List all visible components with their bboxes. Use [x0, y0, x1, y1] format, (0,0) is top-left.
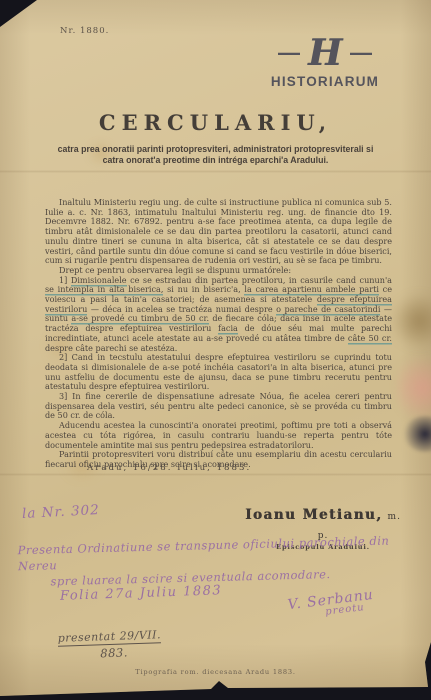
paper-stain — [403, 416, 431, 452]
body-text: Aducendu acestea la cunoscinti'a onorate… — [45, 420, 392, 449]
document-photo: Nr. 1880. — H — HISTORIARUM CERCULARIU, … — [0, 0, 431, 700]
body-paragraph: 3] In fine cererile de dispensatiune adr… — [45, 392, 392, 421]
pencil-underlined-text: la carea apartienu ambele parti — [244, 284, 379, 294]
body-text: si nu in biseric'a, — [163, 284, 244, 294]
fold-crease — [0, 473, 431, 476]
handwritten-note-line2: spre luarea la scire si eventuala acomod… — [50, 564, 416, 590]
pencil-underlined-text: se intempla in alta biserica, — [45, 284, 163, 294]
subtitle-line: catra onorat'a preotime din intréga epar… — [0, 155, 431, 166]
document-subtitle: catra prea onoratii parinti protopresvit… — [0, 144, 431, 165]
body-text: despre câte parechi se atestéza. — [45, 343, 177, 353]
document-title: CERCULARIU, — [0, 110, 431, 135]
presented-date-year: 883. — [100, 644, 162, 660]
body-text: 2] Cand in tecstulu atestatului despre e… — [45, 352, 392, 391]
blackletter-h-icon: H — [308, 34, 342, 72]
dash-ornament: — — [350, 43, 372, 63]
body-text: Inaltulu Ministeriu regiu ung. de culte … — [45, 197, 392, 265]
body-paragraph: Aducendu acestea la cunoscinti'a onorate… — [45, 421, 392, 450]
body-paragraph: 1] Dimisionalele ce se estradau din part… — [45, 276, 392, 354]
pencil-underlined-text: a-se provedé cu timbru de 50 cr. — [71, 313, 209, 323]
handwritten-reference-number: la Nr. 302 — [22, 502, 101, 522]
dateline: Aradu, 16/28. Iuliu, 1883. — [87, 463, 251, 473]
body-paragraph: 2] Cand in tecstulu atestatului despre e… — [45, 353, 392, 392]
body-text-block: Inaltulu Ministeriu regiu ung. de culte … — [45, 198, 392, 470]
paper-sheet: Nr. 1880. — H — HISTORIARUM CERCULARIU, … — [0, 0, 431, 700]
handwritten-signature: V. Serbanu preotu — [287, 587, 376, 622]
pencil-underlined-text: o pareche de casatorindi — [276, 304, 380, 314]
subtitle-line: catra prea onoratii parinti protopresvit… — [0, 144, 431, 155]
pencil-underlined-text: câte 50 cr. — [348, 333, 392, 343]
pencil-underlined-text: Dimisionalele — [71, 275, 127, 285]
paper-stain — [397, 350, 431, 426]
presented-date-note: presentat 29/VII. 883. — [58, 628, 162, 662]
bishop-name: Ioanu Metianu, — [245, 507, 382, 523]
printer-imprint: Tipografia rom. diecesana Aradu 1883. — [0, 668, 431, 676]
body-text: Drept ce pentru observarea legii se disp… — [59, 265, 291, 275]
historiarum-watermark: — H — HISTORIARUM — [245, 34, 405, 89]
pencil-underlined-text: facia — [218, 323, 238, 333]
historiarum-wordmark: HISTORIARUM — [245, 74, 405, 89]
body-text: ce se estradau din partea preotiloru, in… — [127, 275, 392, 285]
handwritten-note: Presenta Ordinatiune se transpune oficiu… — [17, 532, 416, 590]
body-paragraph: Inaltulu Ministeriu regiu ung. de culte … — [45, 198, 392, 266]
fold-crease — [0, 170, 431, 173]
body-text: — déca in acelea se tractéza numai despr… — [87, 304, 276, 314]
dash-ornament: — — [278, 43, 300, 63]
paper-stain — [391, 292, 431, 350]
body-text: 3] In fine cererile de dispensatiune adr… — [45, 391, 392, 420]
body-text: 1] — [59, 275, 71, 285]
historiarum-monogram-row: — H — — [245, 34, 405, 72]
document-number: Nr. 1880. — [60, 26, 109, 36]
